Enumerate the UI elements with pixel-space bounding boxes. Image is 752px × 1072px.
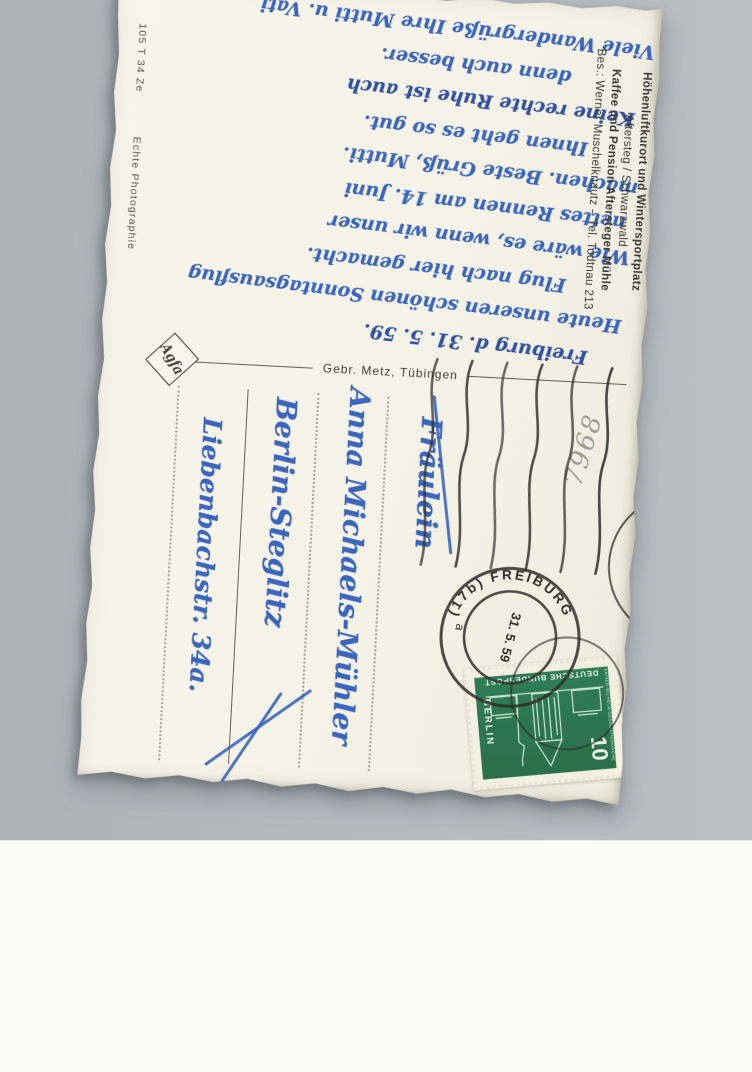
handwritten-message: Freiburg d. 31. 5. 59. Heute unseren sch…	[104, 0, 658, 378]
postcard: Freiburg d. 31. 5. 59. Heute unseren sch…	[77, 0, 663, 805]
scan-lower-blank-area	[0, 840, 752, 1072]
postmark-date: 31. 5. 59	[497, 611, 525, 664]
divider-segment	[195, 361, 313, 368]
postcard-back: Freiburg d. 31. 5. 59. Heute unseren sch…	[77, 0, 663, 805]
cancellation-wavy-lines	[417, 357, 643, 580]
